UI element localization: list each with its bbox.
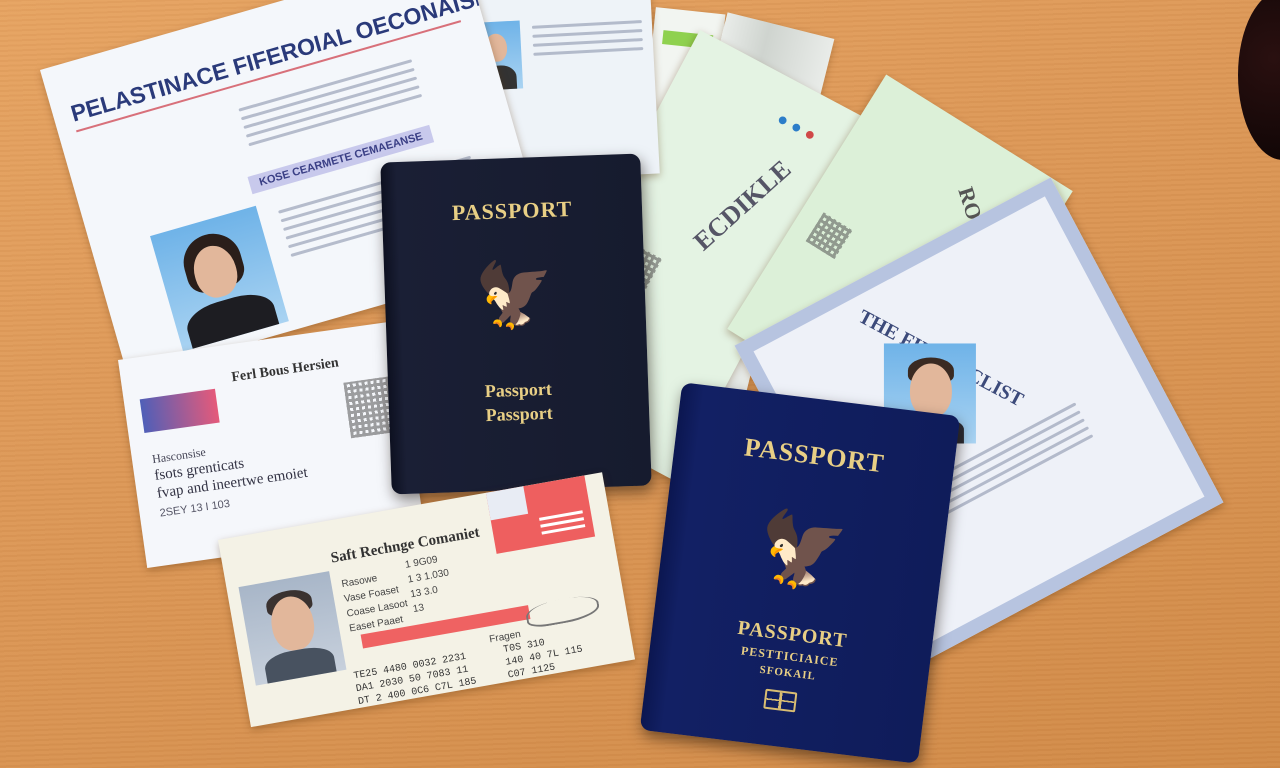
bottom-passport: PASSPORT 🦅 PASSPORT PESTTICIAICE SFOKAIL — [640, 382, 961, 764]
certificate-title: Ferl Bous Hersien — [231, 355, 340, 386]
flag-emblem — [140, 389, 220, 433]
biometric-chip-icon — [763, 689, 797, 713]
card-field-values: 1 9G09 1 3 1.030 13 3.0 13 — [404, 551, 456, 617]
passport-title: PASSPORT — [674, 424, 956, 488]
eagle-seal-icon: 🦅 — [474, 257, 556, 335]
woman-photo — [150, 206, 289, 352]
card-codes: TE25 4480 0032 2231 DA1 2030 50 7083 11 … — [353, 650, 478, 709]
dark-object — [1238, 0, 1280, 160]
eagle-seal-icon: 🦅 — [753, 503, 852, 598]
logo-circles: ● ● ● — [773, 108, 820, 146]
card-field-labels: Rasowe Vase Foaset Coase Lasoot Easet Pa… — [340, 567, 411, 637]
center-passport: PASSPORT 🦅 Passport Passport — [380, 154, 651, 495]
qr-code-2 — [806, 212, 853, 259]
passport-title: PASSPORT — [382, 194, 643, 229]
card-photo — [239, 571, 347, 685]
signature — [524, 593, 601, 629]
